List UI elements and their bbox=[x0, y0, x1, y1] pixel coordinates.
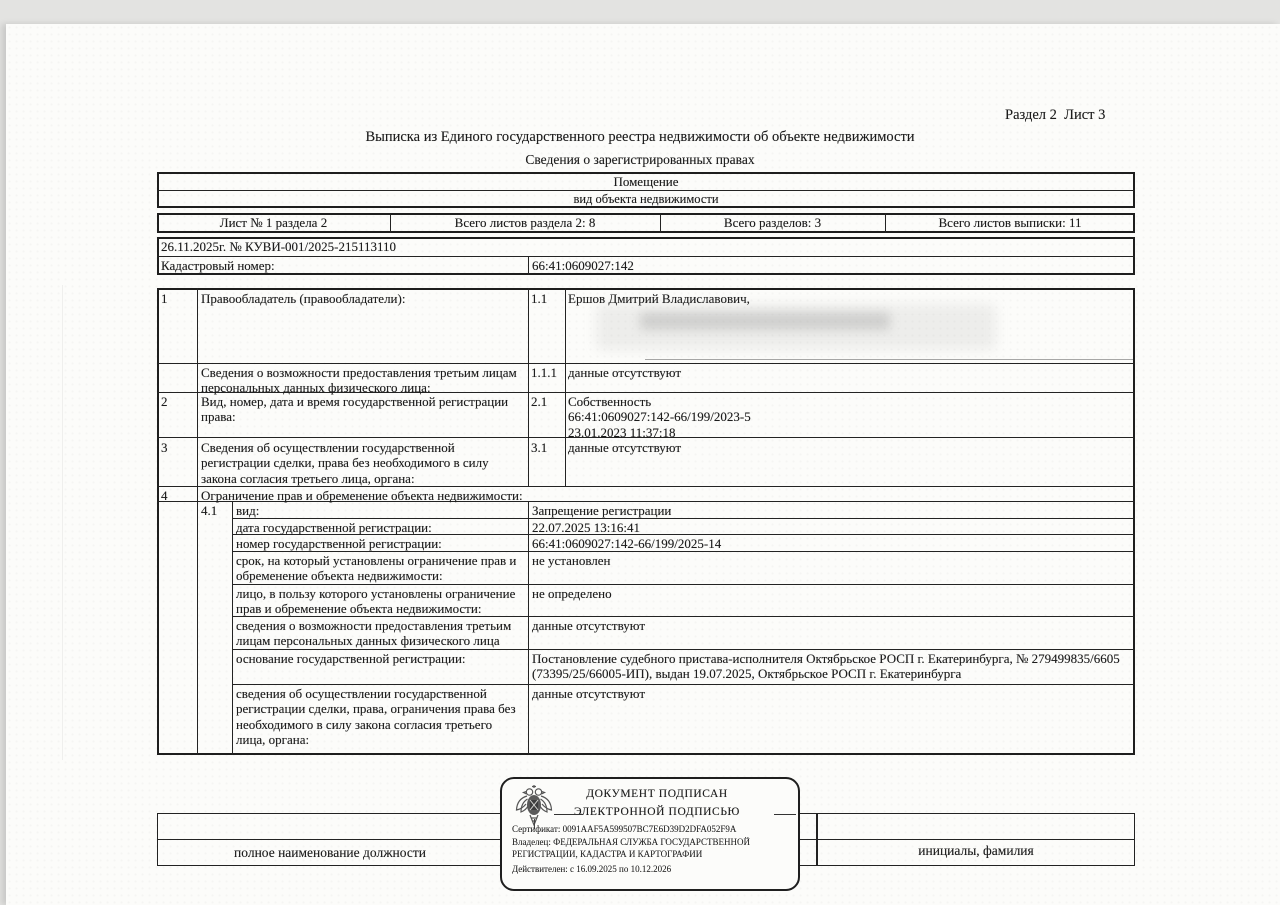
restriction-row-label: сведения об осуществлении государственно… bbox=[236, 686, 524, 747]
row-sub-number: 1.1.1 bbox=[531, 365, 564, 380]
sheet-cell: Всего листов раздела 2: 8 bbox=[390, 215, 660, 230]
restriction-row-label: вид: bbox=[236, 503, 524, 518]
divider bbox=[157, 190, 1135, 191]
row-value: данные отсутствуют bbox=[568, 365, 1128, 380]
restriction-row-value: Постановление судебного пристава-исполни… bbox=[532, 651, 1132, 682]
row-label: Правообладатель (правообладатели): bbox=[201, 291, 525, 306]
row-number: 1 bbox=[161, 291, 193, 306]
scanned-document-page: Раздел 2 Лист 3 Выписка из Единого госуд… bbox=[0, 0, 1280, 905]
row-value: данные отсутствуют bbox=[568, 440, 1128, 455]
restriction-row-label: номер государственной регистрации: bbox=[236, 536, 524, 551]
row-label: Вид, номер, дата и время государственной… bbox=[201, 394, 525, 425]
restriction-row-label: дата государственной регистрации: bbox=[236, 520, 524, 535]
row-sub-number: 3.1 bbox=[531, 440, 564, 455]
row-label: Сведения о возможности предоставления тр… bbox=[201, 365, 529, 396]
restriction-row-value: не определено bbox=[532, 586, 1130, 601]
row-value: Собственность 66:41:0609027:142-66/199/2… bbox=[568, 394, 1128, 440]
redacted-personal-data bbox=[640, 312, 890, 330]
object-type: Помещение bbox=[157, 174, 1135, 189]
signature-position-label: полное наименование должности bbox=[157, 845, 503, 861]
sheet-cell: Всего листов выписки: 11 bbox=[885, 215, 1135, 230]
divider bbox=[232, 584, 1135, 585]
section-sheet-label: Раздел 2 Лист 3 bbox=[1005, 107, 1135, 124]
row-label: Ограничение прав и обременение объекта н… bbox=[201, 488, 1131, 503]
restriction-row-value: Запрещение регистрации bbox=[532, 503, 1130, 518]
restriction-index: 4.1 bbox=[201, 503, 231, 518]
signature-name-label: инициалы, фамилия bbox=[817, 843, 1135, 859]
row-sub-number: 2.1 bbox=[531, 394, 564, 409]
row-number: 3 bbox=[161, 440, 193, 455]
sheet-cell: Лист № 1 раздела 2 bbox=[157, 215, 390, 230]
restriction-row-value: данные отсутствуют bbox=[532, 618, 1130, 633]
divider bbox=[232, 649, 1135, 650]
divider bbox=[157, 256, 1135, 257]
restriction-row-value: 22.07.2025 13:16:41 bbox=[532, 520, 1130, 535]
stamp-validity: Действителен: с 16.09.2025 по 10.12.2026 bbox=[512, 863, 794, 875]
row-label: Сведения об осуществлении государственно… bbox=[201, 440, 525, 486]
stamp-flourish-line bbox=[554, 814, 582, 815]
restriction-row-label: лицо, в пользу которого установлены огра… bbox=[236, 586, 526, 617]
divider bbox=[565, 288, 566, 486]
restriction-row-label: основание государственной регистрации: bbox=[236, 651, 524, 666]
divider bbox=[157, 486, 1135, 487]
divider bbox=[197, 288, 198, 755]
digital-signature-stamp: ДОКУМЕНТ ПОДПИСАН ЭЛЕКТРОННОЙ ПОДПИСЬЮ С… bbox=[500, 777, 800, 891]
row-number: 4 bbox=[161, 488, 193, 503]
restriction-row-value: данные отсутствуют bbox=[532, 686, 1130, 701]
scan-fold-line bbox=[62, 285, 63, 760]
divider bbox=[232, 501, 233, 755]
cadastral-label: Кадастровый номер: bbox=[161, 258, 521, 273]
sheet-cell: Всего разделов: 3 bbox=[660, 215, 885, 230]
divider bbox=[232, 684, 1135, 685]
divider bbox=[528, 501, 529, 755]
divider bbox=[528, 256, 529, 275]
row-number: 2 bbox=[161, 394, 193, 409]
document-subtitle: Сведения о зарегистрированных правах bbox=[140, 152, 1140, 168]
document-title: Выписка из Единого государственного реес… bbox=[140, 129, 1140, 146]
restriction-row-value: 66:41:0609027:142-66/199/2025-14 bbox=[532, 536, 1130, 551]
stamp-title-line2: ЭЛЕКТРОННОЙ ПОДПИСЬЮ bbox=[532, 806, 782, 820]
redaction-underline bbox=[645, 359, 1135, 360]
restriction-row-label: срок, на который установлены ограничение… bbox=[236, 553, 526, 584]
divider bbox=[817, 839, 1135, 840]
restriction-row-label: сведения о возможности предоставления тр… bbox=[236, 618, 526, 649]
stamp-owner: Владелец: ФЕДЕРАЛЬНАЯ СЛУЖБА ГОСУДАРСТВЕ… bbox=[512, 836, 774, 860]
cadastral-value: 66:41:0609027:142 bbox=[532, 258, 932, 273]
stamp-title-line1: ДОКУМЕНТ ПОДПИСАН bbox=[532, 788, 782, 802]
restriction-row-value: не установлен bbox=[532, 553, 1130, 568]
row-sub-number: 1.1 bbox=[531, 291, 564, 306]
stamp-certificate: Сертификат: 0091AAF5A599507BC7E6D39D2DFA… bbox=[512, 823, 794, 835]
divider bbox=[157, 363, 1135, 364]
stamp-flourish-line bbox=[774, 814, 796, 815]
request-date-number: 26.11.2025г. № КУВИ-001/2025-215113110 bbox=[161, 239, 861, 254]
object-type-caption: вид объекта недвижимости bbox=[157, 192, 1135, 207]
